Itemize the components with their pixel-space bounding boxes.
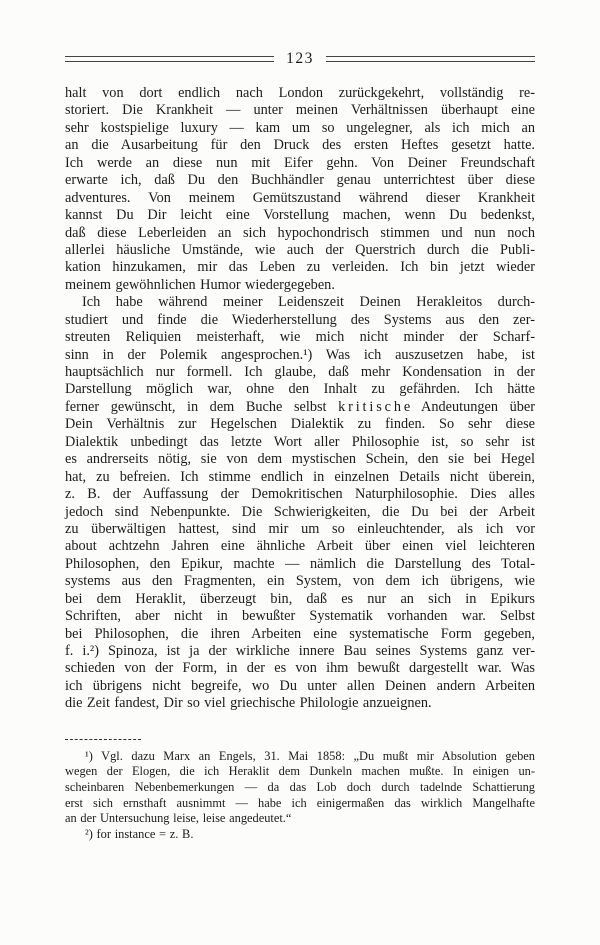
footnote-1: ¹) Vgl. dazu Marx an Engels, 31. Mai 185… bbox=[65, 749, 535, 827]
footnote-line: ¹) Vgl. dazu Marx an Engels, 31. Mai 185… bbox=[65, 749, 535, 765]
text-line: Ich werde an diese nun mit Eifer gehn. V… bbox=[65, 155, 535, 172]
header-rule-right bbox=[326, 56, 535, 62]
footnote-line: wegen der Elogen, die ich Heraklit dem D… bbox=[65, 764, 535, 780]
text-line: allerlei häusliche Umstände, wie auch de… bbox=[65, 242, 535, 259]
page-number: 123 bbox=[283, 51, 317, 67]
paragraph-2: Ich habe während meiner Leidenszeit Dein… bbox=[65, 294, 535, 713]
text-line: studiert und finde die Wiederherstellung… bbox=[65, 312, 535, 329]
footnote-line: erst sich ernsthaft ausnimmt — habe ich … bbox=[65, 796, 535, 812]
header-rule-left bbox=[65, 56, 274, 62]
footnotes: ¹) Vgl. dazu Marx an Engels, 31. Mai 185… bbox=[65, 749, 535, 843]
running-head: 123 bbox=[65, 50, 535, 68]
paragraph-1: halt von dort endlich nach London zurück… bbox=[65, 85, 535, 294]
text-line: storiert. Die Krankheit — unter meinen V… bbox=[65, 102, 535, 119]
text-line: erwarte ich, daß Du den Buchhändler gena… bbox=[65, 172, 535, 189]
text-line: kannst Du Dir leicht eine Vorstellung ma… bbox=[65, 207, 535, 224]
text-line: adventures. Von meinem Gemütszustand wäh… bbox=[65, 190, 535, 207]
text-line: die Zeit fandest, Dir so viel griechisch… bbox=[65, 695, 535, 712]
text-line: Philosophen, den Epikur, machte — nämlic… bbox=[65, 556, 535, 573]
book-page: 123 halt von dort endlich nach London zu… bbox=[0, 0, 600, 945]
text-line: meinem gewöhnlichen Humor wiedergegeben. bbox=[65, 277, 535, 294]
text-line: ferner gewünscht, in dem Buche selbst k … bbox=[65, 399, 535, 416]
footnote-line: scheinbaren Nebenbemerkungen — da das Lo… bbox=[65, 780, 535, 796]
text-line: schieden von der Form, in der es von ihm… bbox=[65, 660, 535, 677]
text-line: Dialektik unbedingt das letzte Wort alle… bbox=[65, 434, 535, 451]
text-line: kation hinzukamen, mir das Leben zu verl… bbox=[65, 259, 535, 276]
text-line: Schriften, aber nicht in bewußter System… bbox=[65, 608, 535, 625]
text-line: about achtzehn Jahren eine ähnliche Arbe… bbox=[65, 538, 535, 555]
text-line: sehr kostspielige luxury — kam um so ung… bbox=[65, 120, 535, 137]
text-line: z. B. der Auffassung der Demokritischen … bbox=[65, 486, 535, 503]
text-line: sinn in der Polemik angesprochen.¹) Was … bbox=[65, 347, 535, 364]
text-line: Darstellung möglich war, ohne den Inhalt… bbox=[65, 381, 535, 398]
text-line: zu überwältigen hattest, sind mir um so … bbox=[65, 521, 535, 538]
footnote-separator bbox=[65, 739, 141, 740]
footnote-line: an der Untersuchung leise, leise angedeu… bbox=[65, 811, 535, 827]
text-line: streuten Reliquien meisterhaft, wie mich… bbox=[65, 329, 535, 346]
text-line: hauptsächlich nur formell. Ich glaube, d… bbox=[65, 364, 535, 381]
body-text: halt von dort endlich nach London zurück… bbox=[65, 85, 535, 713]
text-line: ich übrigens nicht begreife, wo Du unter… bbox=[65, 678, 535, 695]
text-line: systems aus den Fragmenten, ein System, … bbox=[65, 573, 535, 590]
text-line: es andrerseits nötig, sie von dem mystis… bbox=[65, 451, 535, 468]
text-line: Dein Verhältnis zur Hegelschen Dialektik… bbox=[65, 416, 535, 433]
text-line: f. i.²) Spinoza, ist ja der wirkliche in… bbox=[65, 643, 535, 660]
text-line: halt von dort endlich nach London zurück… bbox=[65, 85, 535, 102]
text-line: jedoch sind Nebenpunkte. Die Schwierigke… bbox=[65, 504, 535, 521]
text-line: an die Ausarbeitung für den Druck des er… bbox=[65, 137, 535, 154]
text-line: hat, zu befreien. Ich stimme endlich in … bbox=[65, 469, 535, 486]
footnote-line: ²) for instance = z. B. bbox=[65, 827, 535, 843]
text-line: Ich habe während meiner Leidenszeit Dein… bbox=[65, 294, 535, 311]
text-line: daß diese Leberleiden an sich hypochondr… bbox=[65, 225, 535, 242]
text-line: bei dem Heraklit, überzeugt bin, daß es … bbox=[65, 591, 535, 608]
footnote-2: ²) for instance = z. B. bbox=[65, 827, 535, 843]
text-line: bei Philosophen, die ihren Arbeiten eine… bbox=[65, 626, 535, 643]
